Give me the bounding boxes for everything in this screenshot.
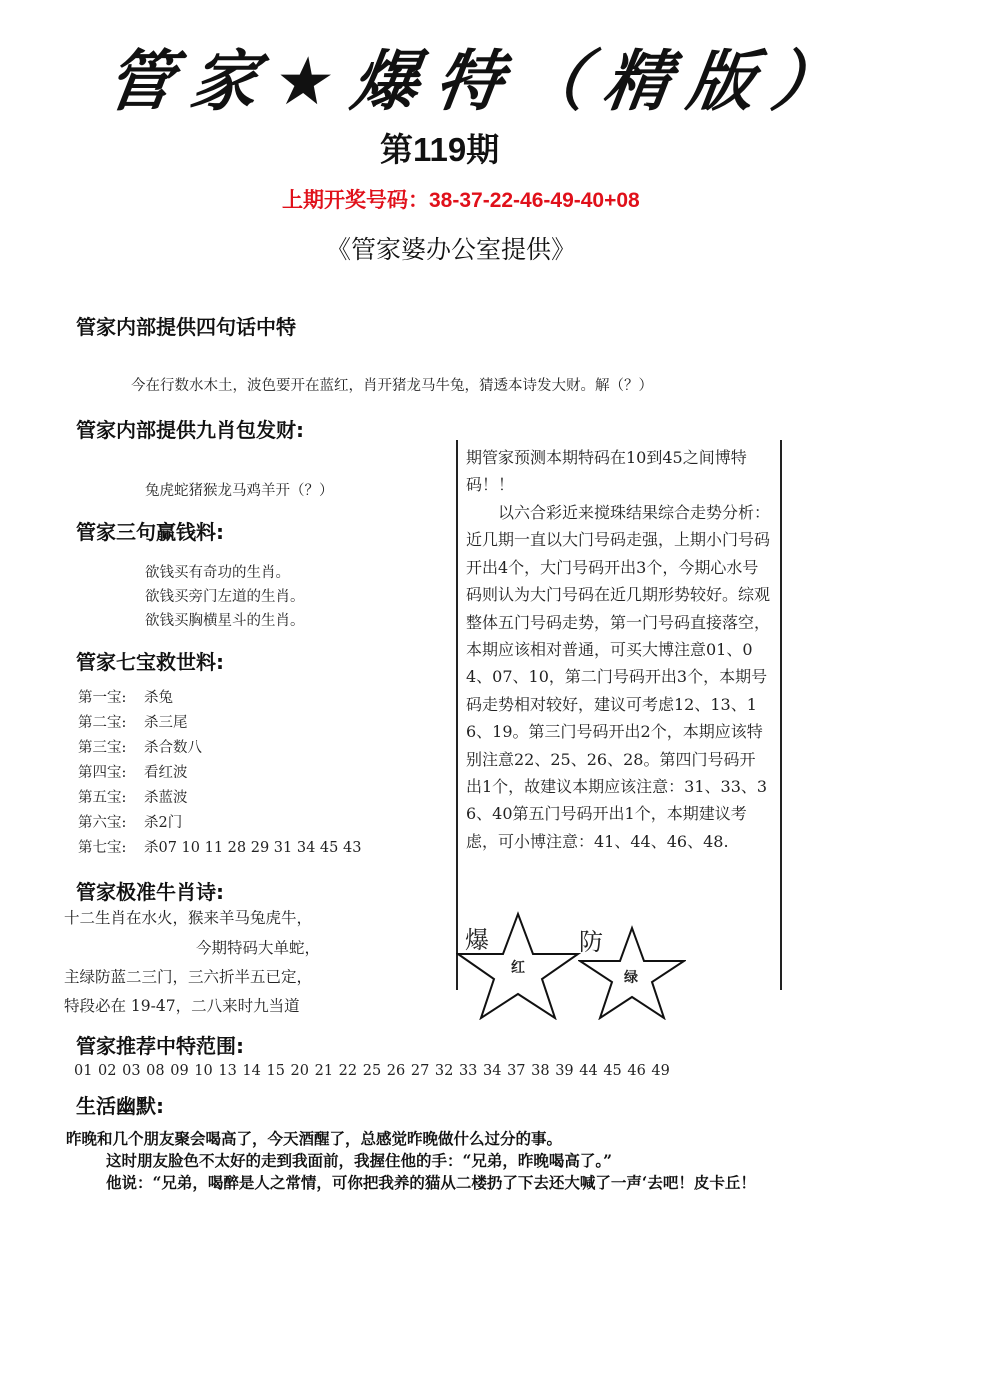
seven-treasures-heading: 管家七宝救世料: xyxy=(76,646,224,675)
humor-line: 昨晚和几个朋友聚会喝高了，今天酒醒了，总感觉昨晚做什么过分的事。 xyxy=(66,1127,562,1149)
seven-treasures-list: 第一宝:杀兔 第二宝:杀三尾 第三宝:杀合数八 第四宝:看红波 第五宝:杀蓝波 … xyxy=(78,686,361,861)
analysis-paragraph-2: 以六合彩近来搅珠结果综合走势分析：近几期一直以大门号码走强，上期小门号码开出4个… xyxy=(466,499,770,855)
three-sentences-line: 欲钱买胸横星斗的生肖。 xyxy=(145,609,305,633)
page-title: 管家★爆特（精版） xyxy=(101,28,864,123)
recommended-range-numbers: 01 02 03 08 09 10 13 14 15 20 21 22 25 2… xyxy=(74,1063,670,1079)
poem-line: 主绿防蓝二三门，三六折半五已定， xyxy=(64,965,312,987)
treasure-item: 第二宝:杀三尾 xyxy=(78,711,361,736)
analysis-paragraph-1: 期管家预测本期特码在10到45之间博特码！！ xyxy=(466,444,770,499)
poem-line: 今期特码大单蛇， xyxy=(196,936,320,958)
poem-line: 十二生肖在水火，猴来羊马兔虎牛， xyxy=(64,906,312,928)
star-red-label: 红 xyxy=(511,957,525,977)
last-draw-result: 上期开奖号码：38-37-22-46-49-40+08 xyxy=(282,184,640,214)
four-sentences-heading: 管家内部提供四句话中特 xyxy=(76,311,296,340)
four-sentences-text: 今在行数水木土，波色要开在蓝红，肖开猪龙马牛兔，猜透本诗发大财。解（？） xyxy=(131,374,653,395)
treasure-item: 第七宝:杀07 10 11 28 29 31 34 45 43 xyxy=(78,836,361,861)
three-sentences-line: 欲钱买有奇功的生肖。 xyxy=(145,561,305,585)
treasure-item: 第三宝:杀合数八 xyxy=(78,736,361,761)
last-draw-numbers: 38-37-22-46-49-40+08 xyxy=(429,189,640,212)
star-green-label: 绿 xyxy=(624,967,638,987)
poem-line: 特段必在 19-47，二八来时九当道 xyxy=(64,994,300,1016)
humor-line: 这时朋友脸色不太好的走到我面前，我握住他的手：“兄弟，昨晚喝高了。” xyxy=(106,1149,612,1171)
provider-credit: 《管家婆办公室提供》 xyxy=(326,230,576,266)
poem-heading: 管家极准牛肖诗: xyxy=(76,876,224,905)
treasure-item: 第一宝:杀兔 xyxy=(78,686,361,711)
nine-zodiacs-text: 兔虎蛇猪猴龙马鸡羊开（？） xyxy=(145,479,334,500)
treasure-item: 第四宝:看红波 xyxy=(78,761,361,786)
treasure-item: 第六宝:杀2门 xyxy=(78,811,361,836)
last-draw-label: 上期开奖号码： xyxy=(282,189,429,212)
nine-zodiacs-heading: 管家内部提供九肖包发财: xyxy=(76,414,304,443)
humor-heading: 生活幽默: xyxy=(76,1090,164,1119)
three-sentences-list: 欲钱买有奇功的生肖。 欲钱买旁门左道的生肖。 欲钱买胸横星斗的生肖。 xyxy=(145,561,305,633)
recommended-range-heading: 管家推荐中特范围: xyxy=(76,1030,244,1059)
treasure-item: 第五宝:杀蓝波 xyxy=(78,786,361,811)
issue-number: 第119期 xyxy=(380,124,499,171)
humor-line: 他说：“兄弟，喝醉是人之常情，可你把我养的猫从二楼扔了下去还大喊了一声‘去吧！皮… xyxy=(106,1171,756,1193)
three-sentences-line: 欲钱买旁门左道的生肖。 xyxy=(145,585,305,609)
analysis-box: 期管家预测本期特码在10到45之间博特码！！ 以六合彩近来搅珠结果综合走势分析：… xyxy=(456,440,782,990)
three-sentences-heading: 管家三句赢钱料: xyxy=(76,516,224,545)
